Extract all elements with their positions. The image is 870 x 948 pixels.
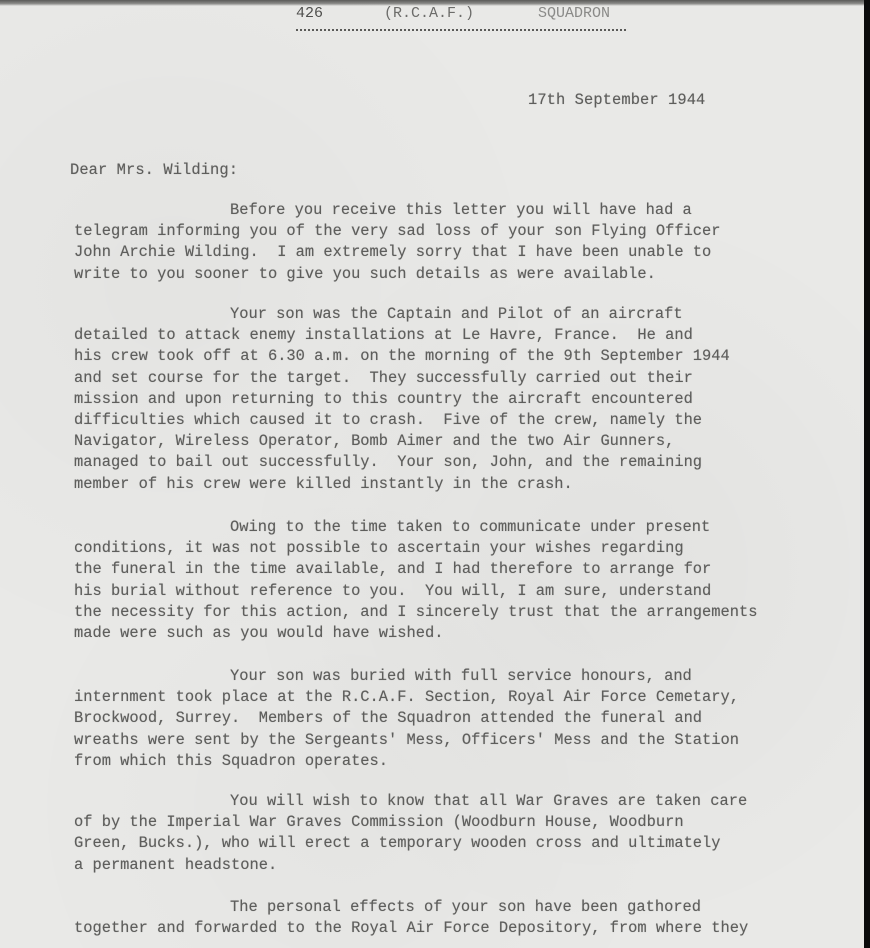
text-line: difficulties which caused it to crash. F… (74, 410, 730, 431)
text-line: from which this Squadron operates. (74, 751, 739, 772)
text-line: member of his crew were killed instantly… (74, 474, 730, 495)
text-line: John Archie Wilding. I am extremely sorr… (74, 242, 721, 263)
text-line: Before you receive this letter you will … (74, 200, 721, 221)
text-line: and set course for the target. They succ… (74, 368, 730, 389)
text-line: Brockwood, Surrey. Members of the Squadr… (74, 708, 739, 729)
paragraph-5: You will wish to know that all War Grave… (74, 791, 747, 876)
text-line: a permanent headstone. (74, 855, 747, 876)
text-line: managed to bail out successfully. Your s… (74, 452, 730, 473)
text-line: of by the Imperial War Graves Commission… (74, 812, 747, 833)
text-line: conditions, it was not possible to ascer… (74, 538, 757, 559)
letter-page: 426 (R.C.A.F.) SQUADRON 17th September 1… (0, 0, 864, 948)
text-line: together and forwarded to the Royal Air … (74, 918, 748, 939)
paragraph-6: The personal effects of your son have be… (74, 897, 748, 939)
unit-label: (R.C.A.F.) (384, 5, 474, 22)
text-line: Navigator, Wireless Operator, Bomb Aimer… (74, 431, 730, 452)
text-line: mission and upon returning to this count… (74, 389, 730, 410)
text-line: Owing to the time taken to communicate u… (74, 517, 757, 538)
text-line: write to you sooner to give you such det… (74, 264, 721, 285)
paragraph-2: Your son was the Captain and Pilot of an… (74, 304, 730, 495)
text-line: Your son was buried with full service ho… (74, 666, 739, 687)
text-line: You will wish to know that all War Grave… (74, 791, 747, 812)
letter-date: 17th September 1944 (528, 90, 705, 111)
text-line: his burial without reference to you. You… (74, 581, 757, 602)
squadron-number: 426 (296, 5, 323, 22)
text-line: Green, Bucks.), who will erect a tempora… (74, 833, 747, 854)
text-line: the necessity for this action, and I sin… (74, 602, 757, 623)
text-line: telegram informing you of the very sad l… (74, 221, 721, 242)
text-line: The personal effects of your son have be… (74, 897, 748, 918)
text-line: wreaths were sent by the Sergeants' Mess… (74, 730, 739, 751)
text-line: detailed to attack enemy installations a… (74, 325, 730, 346)
text-line: internment took place at the R.C.A.F. Se… (74, 687, 739, 708)
text-line: made were such as you would have wished. (74, 623, 757, 644)
text-line: the funeral in the time available, and I… (74, 559, 757, 580)
letterhead-rule (296, 29, 626, 31)
scan-right-edge (864, 0, 870, 948)
squadron-label: SQUADRON (538, 5, 610, 22)
text-line: his crew took off at 6.30 a.m. on the mo… (74, 346, 730, 367)
text-line: Your son was the Captain and Pilot of an… (74, 304, 730, 325)
salutation: Dear Mrs. Wilding: (70, 160, 238, 181)
paragraph-4: Your son was buried with full service ho… (74, 666, 739, 772)
paragraph-3: Owing to the time taken to communicate u… (74, 517, 757, 644)
paragraph-1: Before you receive this letter you will … (74, 200, 721, 285)
